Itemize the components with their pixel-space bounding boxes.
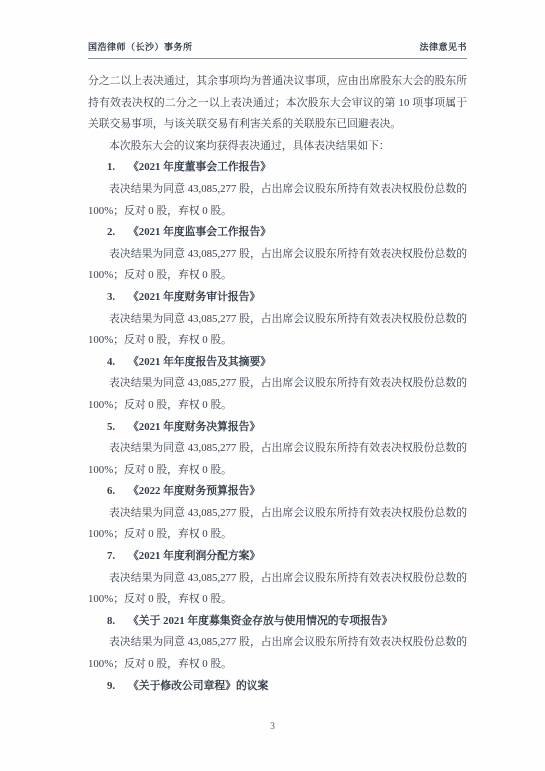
page-footer: 3 xyxy=(0,722,545,732)
paragraph-line: 关联交易事项，与该关联交易有利害关系的关联股东已回避表决。 xyxy=(88,114,467,136)
resolution-result-line: 表决结果为同意 43,085,277 股，占出席会议股东所持有效表决权股份总数的 xyxy=(88,503,467,525)
resolution-number: 8. xyxy=(107,611,128,633)
resolution-title: 2.《2021 年度监事会工作报告》 xyxy=(88,222,467,244)
resolution-number: 9. xyxy=(107,676,128,698)
page-number: 3 xyxy=(270,722,275,732)
resolution-number: 5. xyxy=(107,417,128,439)
resolution-title: 7.《2021 年度利润分配方案》 xyxy=(88,546,467,568)
resolution-number: 3. xyxy=(107,287,128,309)
resolution-title-text: 《2021 年度监事会工作报告》 xyxy=(128,226,271,238)
resolution-title-text: 《2022 年度财务预算报告》 xyxy=(128,485,260,497)
resolution-result-line: 100%；反对 0 股，弃权 0 股。 xyxy=(88,460,467,482)
resolution-result-line: 表决结果为同意 43,085,277 股，占出席会议股东所持有效表决权股份总数的 xyxy=(88,373,467,395)
resolution-title-text: 《关于修改公司章程》的议案 xyxy=(128,680,268,692)
paragraph-line: 本次股东大会的议案均获得表决通过，具体表决结果如下： xyxy=(88,136,467,158)
resolution-number: 4. xyxy=(107,352,128,374)
resolution-result-line: 表决结果为同意 43,085,277 股，占出席会议股东所持有效表决权股份总数的 xyxy=(88,309,467,331)
resolution-result-line: 100%；反对 0 股，弃权 0 股。 xyxy=(88,524,467,546)
resolution-result-line: 表决结果为同意 43,085,277 股，占出席会议股东所持有效表决权股份总数的 xyxy=(88,244,467,266)
resolution-title: 8.《关于 2021 年度募集资金存放与使用情况的专项报告》 xyxy=(88,611,467,633)
resolution-title-text: 《关于 2021 年度募集资金存放与使用情况的专项报告》 xyxy=(128,615,393,627)
resolution-title-text: 《2021 年度财务审计报告》 xyxy=(128,291,260,303)
paragraph-line: 分之二以上表决通过，其余事项均为普通决议事项，应由出席股东大会的股东所 xyxy=(88,71,467,93)
resolution-title: 9.《关于修改公司章程》的议案 xyxy=(88,676,467,698)
resolution-result-line: 表决结果为同意 43,085,277 股，占出席会议股东所持有效表决权股份总数的 xyxy=(88,568,467,590)
resolution-title: 5.《2021 年度财务决算报告》 xyxy=(88,417,467,439)
resolution-result-line: 100%；反对 0 股，弃权 0 股。 xyxy=(88,589,467,611)
resolution-number: 1. xyxy=(107,157,128,179)
header-doc-type: 法律意见书 xyxy=(419,40,467,53)
header-firm-name: 国浩律师（长沙）事务所 xyxy=(88,40,193,53)
resolution-result-line: 100%；反对 0 股，弃权 0 股。 xyxy=(88,654,467,676)
resolution-result-line: 表决结果为同意 43,085,277 股，占出席会议股东所持有效表决权股份总数的 xyxy=(88,179,467,201)
resolution-result-line: 100%；反对 0 股，弃权 0 股。 xyxy=(88,395,467,417)
resolution-title-text: 《2021 年年度报告及其摘要》 xyxy=(128,356,271,368)
resolution-number: 7. xyxy=(107,546,128,568)
resolution-title-text: 《2021 年度利润分配方案》 xyxy=(128,550,260,562)
document-body: 分之二以上表决通过，其余事项均为普通决议事项，应由出席股东大会的股东所持有效表决… xyxy=(88,71,467,697)
resolution-result-line: 表决结果为同意 43,085,277 股，占出席会议股东所持有效表决权股份总数的 xyxy=(88,438,467,460)
resolution-result-line: 100%；反对 0 股，弃权 0 股。 xyxy=(88,201,467,223)
resolution-result-line: 100%；反对 0 股，弃权 0 股。 xyxy=(88,265,467,287)
paragraph-line: 持有效表决权的二分之一以上表决通过；本次股东大会审议的第 10 项事项属于 xyxy=(88,93,467,115)
resolution-result-line: 100%；反对 0 股，弃权 0 股。 xyxy=(88,330,467,352)
resolution-number: 2. xyxy=(107,222,128,244)
resolution-title-text: 《2021 年度董事会工作报告》 xyxy=(128,161,271,173)
resolution-number: 6. xyxy=(107,481,128,503)
resolution-title: 6.《2022 年度财务预算报告》 xyxy=(88,481,467,503)
page-header: 国浩律师（长沙）事务所 法律意见书 xyxy=(88,40,467,59)
resolution-title: 1.《2021 年度董事会工作报告》 xyxy=(88,157,467,179)
resolution-title: 4.《2021 年年度报告及其摘要》 xyxy=(88,352,467,374)
resolution-result-line: 表决结果为同意 43,085,277 股，占出席会议股东所持有效表决权股份总数的 xyxy=(88,632,467,654)
resolution-title-text: 《2021 年度财务决算报告》 xyxy=(128,421,260,433)
resolution-title: 3.《2021 年度财务审计报告》 xyxy=(88,287,467,309)
